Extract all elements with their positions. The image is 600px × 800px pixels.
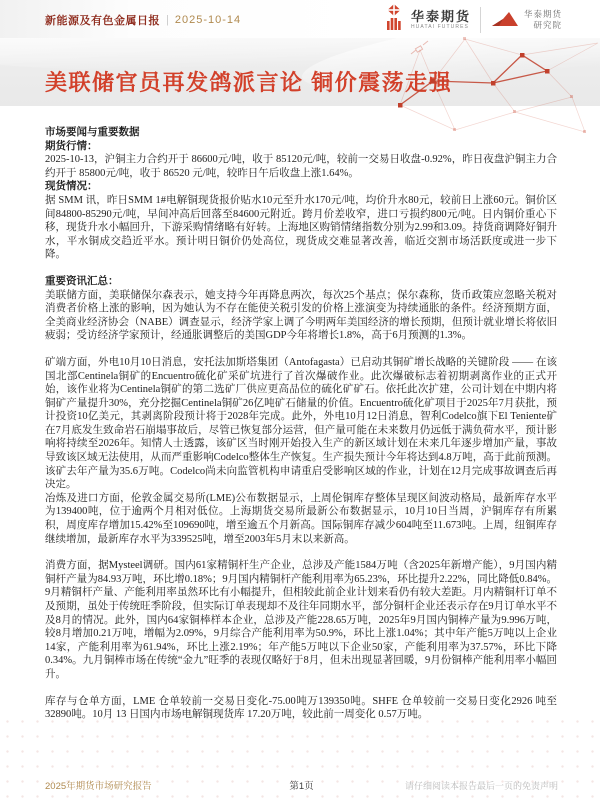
institute-name-line2: 研究院	[533, 20, 562, 31]
masthead-left: 新能源及有色金属日报 | 2025-10-14	[45, 12, 241, 28]
masthead-separator: |	[166, 14, 169, 26]
masthead: 新能源及有色金属日报 | 2025-10-14	[0, 0, 600, 40]
report-name: 新能源及有色金属日报	[45, 12, 160, 28]
subsection-futures-quotes: 期货行情：	[45, 140, 557, 154]
paragraph-futures: 2025-10-13，沪铜主力合约开于 86600元/吨，收于 85120元/吨…	[45, 153, 557, 180]
paragraph-spot: 据 SMM 讯，昨日SMM 1#电解铜现货报价贴水10元至升水170元/吨，均价…	[45, 194, 557, 262]
subsection-spot-market: 现货情况：	[45, 180, 557, 194]
title-banner: 美联储官员再发鸽派言论 铜价震荡走强	[0, 38, 600, 106]
paragraph-smelting-imports: 冶炼及进口方面，伦敦金属交易所(LME)公布数据显示，上周伦铜库存整体呈现区间波…	[45, 492, 557, 546]
paragraph-mining: 矿端方面，外电10月10日消息，安托法加斯塔集团（Antofagasta）已启动…	[45, 356, 557, 492]
report-date: 2025-10-14	[175, 14, 241, 26]
paragraph-inventory-warrants: 库存与仓单方面，LME 仓单较前一交易日变化-75.00吨万139350吨。SH…	[45, 695, 557, 722]
section-title: 市场要闻与重要数据	[45, 126, 557, 140]
huatai-logo-icon	[382, 4, 406, 36]
subsection-news-summary: 重要资讯汇总：	[45, 275, 557, 289]
paragraph-fed-news: 美联储方面，美联储保尔森表示，她支持今年再降息两次，每次25个基点；保尔森称，货…	[45, 289, 557, 343]
footer-disclaimer-note: 请仔细阅读本报告最后一页的免责声明	[378, 779, 558, 792]
institute-logo-text: 华泰期货 研究院	[524, 9, 562, 30]
huatai-logo-en: HUATAI FUTURES	[411, 25, 471, 30]
logo-divider	[480, 7, 481, 33]
report-page: 新能源及有色金属日报 | 2025-10-14	[0, 0, 600, 800]
huatai-futures-logo: 华泰期货 HUATAI FUTURES	[382, 4, 471, 36]
footer: 2025年期货市场研究报告 第1页 请仔细阅读本报告最后一页的免责声明	[45, 778, 558, 792]
research-institute-logo: 华泰期货 研究院	[490, 6, 562, 35]
page-number: 第1页	[225, 778, 378, 792]
huatai-logo-cn: 华泰期货	[411, 10, 471, 23]
paragraph-consumption: 消费方面，据Mysteel调研。国内61家精铜杆生产企业，总涉及产能1584万吨…	[45, 559, 557, 681]
institute-logo-icon	[490, 6, 520, 35]
report-body: 市场要闻与重要数据 期货行情： 2025-10-13，沪铜主力合约开于 8660…	[45, 126, 557, 722]
page-title: 美联储官员再发鸽派言论 铜价震荡走强	[45, 66, 452, 97]
masthead-logos: 华泰期货 HUATAI FUTURES 华泰期货 研究院	[382, 4, 562, 36]
huatai-logo-text: 华泰期货 HUATAI FUTURES	[411, 10, 471, 30]
footer-report-series: 2025年期货市场研究报告	[45, 778, 225, 792]
institute-name-line1: 华泰期货	[524, 9, 562, 20]
